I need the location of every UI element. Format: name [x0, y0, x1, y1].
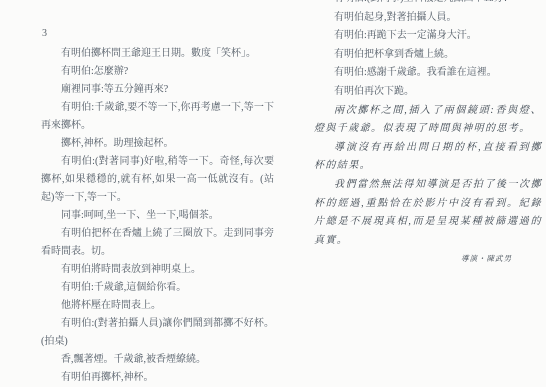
script-line: 有明伯:千歲爺,這個給你看。 — [41, 279, 274, 297]
script-line: 擲杯,神杯。助理撿起杯。 — [41, 135, 274, 153]
script-line: 有明伯:怎麼辦? — [41, 63, 274, 81]
script-line: 同事:呵呵,坐一下、坐一下,喝個茶。 — [41, 207, 274, 225]
left-column: 有明伯擲杯問王爺迎王日期。數度「笑杯」。 有明伯:怎麼辦? 廟裡同事:等五分鐘再… — [41, 45, 274, 387]
commentary-paragraph: 導演沒有再給出問日期的杯,直接看到擲杯的結果。 — [314, 139, 542, 176]
script-line: 有明伯:(對著同事)好啦,稍等一下。奇怪,每次要擲杯,如果穩穩的,就有杯,如果一… — [41, 153, 274, 207]
script-line: 他將杯壓在時間表上。 — [41, 297, 274, 315]
script-line: 廟裡同事:等五分鐘再來? — [41, 81, 274, 99]
script-line: 有明伯再擲杯,神杯。 — [41, 369, 274, 387]
script-line: 香,飄著煙。千歲爺,被香煙繚繞。 — [41, 351, 274, 369]
script-line: 有明伯把杯在香爐上繞了三圈放下。走到同事旁看時間表。切。 — [41, 225, 274, 261]
script-line: 有明伯:再跪下去一定滿身大汗。 — [314, 27, 542, 46]
commentary-paragraph: 我們當然無法得知導演是否拍了後一次擲杯的經過,重點恰在於影片中沒有看到。紀錄片總… — [314, 176, 542, 250]
script-line: 有明伯:(對同事)上科儀是九點四十五分? — [314, 0, 542, 9]
script-line: 有明伯:(對著拍攝人員)讓你們鬧到都擲不好杯。(拍桌) — [41, 315, 274, 351]
script-line: 有明伯擲杯問王爺迎王日期。數度「笑杯」。 — [41, 45, 274, 63]
script-line: 有明伯把杯拿到香爐上繞。 — [314, 46, 542, 65]
script-line: 有明伯將時間表放到神明桌上。 — [41, 261, 274, 279]
commentary-paragraph: 兩次擲杯之間,插入了兩個鏡頭:香與燈、燈與千歲爺。似表現了時間與神明的思考。 — [314, 102, 542, 139]
script-line: 有明伯起身,對著拍攝人員。 — [314, 9, 542, 28]
document-page: 3 有明伯擲杯問王爺迎王日期。數度「笑杯」。 有明伯:怎麼辦? 廟裡同事:等五分… — [0, 0, 546, 387]
right-column: 有明伯:(對同事)上科儀是九點四十五分? 有明伯起身,對著拍攝人員。 有明伯:再… — [314, 0, 542, 264]
film-credit: 導演・陳武男 — [314, 253, 542, 264]
script-line: 有明伯:千歲爺,要不等一下,你再考慮一下,等一下再來擲杯。 — [41, 99, 274, 135]
script-line: 有明伯:感謝千歲爺。我看誰在這裡。 — [314, 64, 542, 83]
script-line: 有明伯再次下跪。 — [314, 83, 542, 102]
section-number: 3 — [42, 28, 47, 39]
